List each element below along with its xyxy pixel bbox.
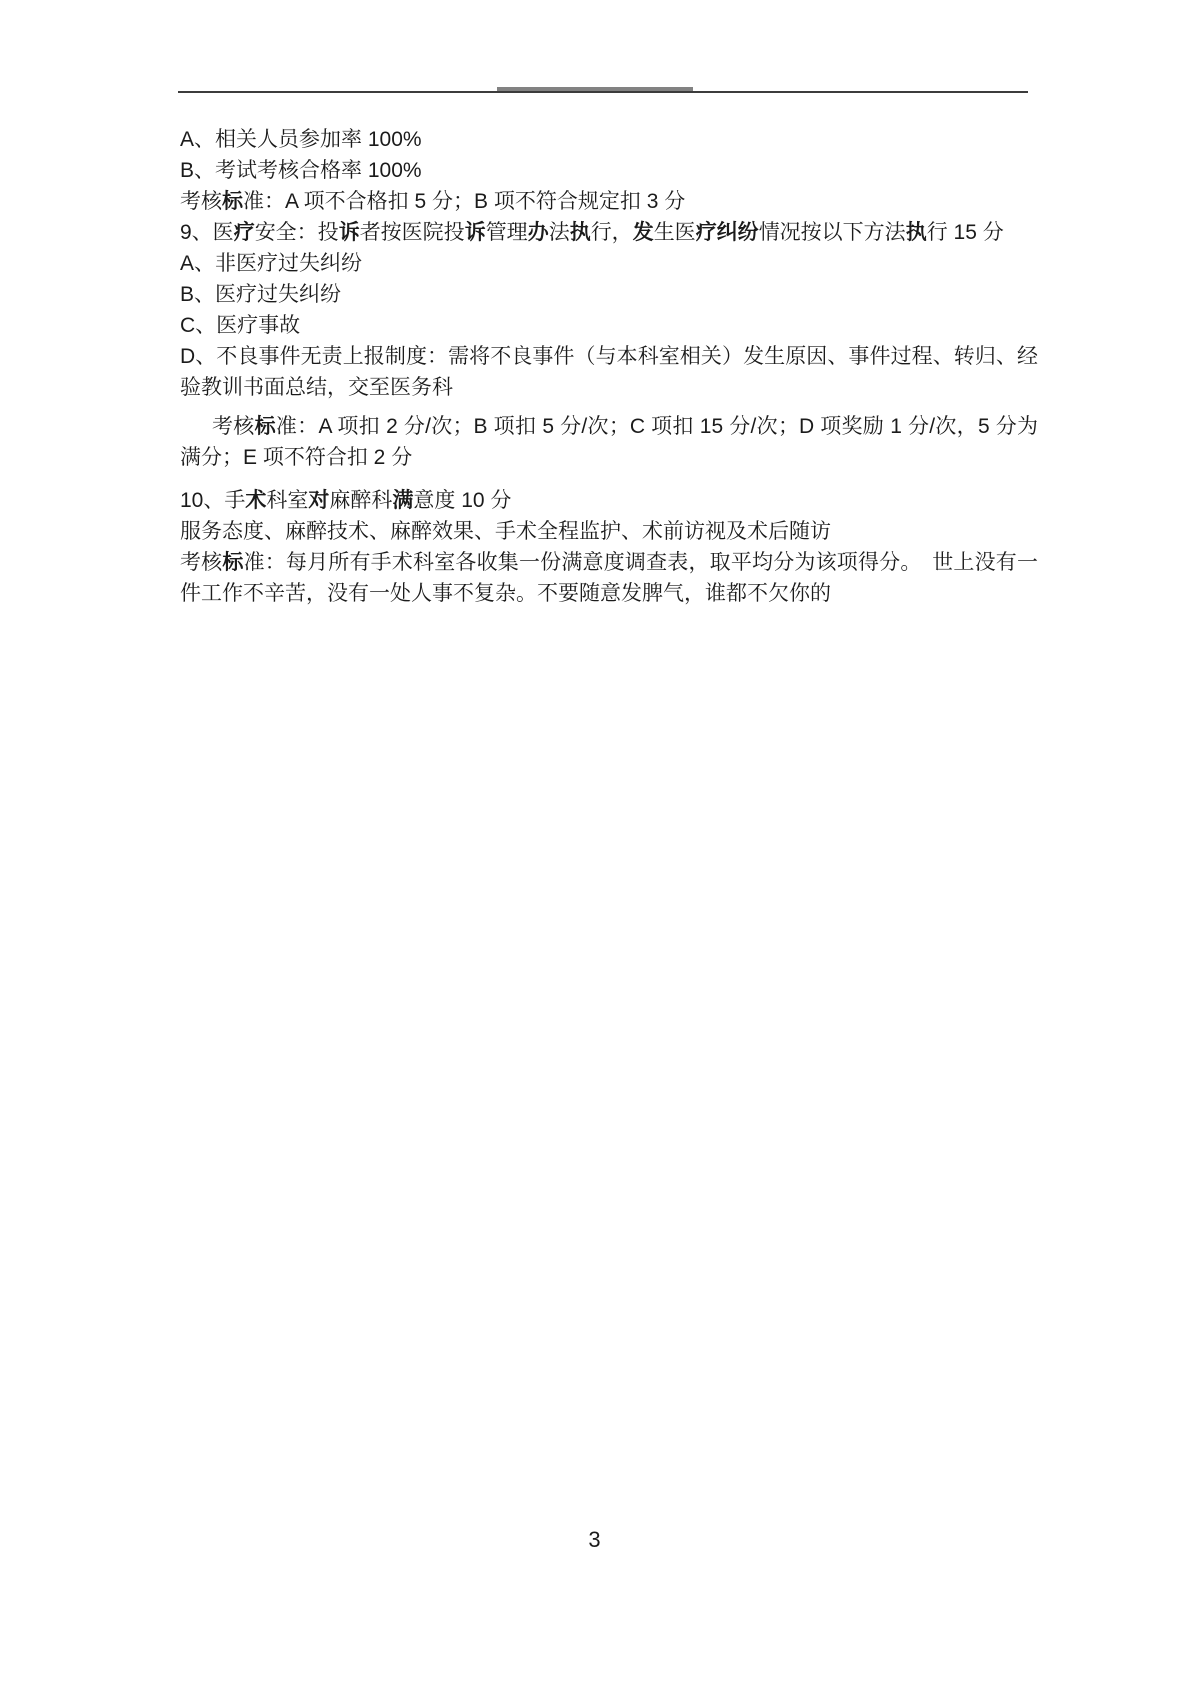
text-segment: 准：A 项扣 2 分/次；B 项扣 5 分/次；C 项扣 15 分/次；D 项奖… xyxy=(180,415,1038,469)
text-segment: 发 xyxy=(633,221,654,244)
item-9-medical-safety: 9、医疗安全：投诉者按医院投诉管理办法执行，发生医疗纠纷情况按以下方法执行 15… xyxy=(180,217,1038,248)
text-segment: 办 xyxy=(528,221,549,244)
item-10-satisfaction: 10、手术科室对麻醉科满意度 10 分 xyxy=(180,485,1038,516)
text-segment: B、考试考核合格率 100% xyxy=(180,159,422,182)
text-segment: 疗纠纷 xyxy=(696,221,759,244)
text-segment: 行， xyxy=(591,221,633,244)
text-segment: 标 xyxy=(222,190,243,213)
text-segment: 法 xyxy=(549,221,570,244)
header-rule xyxy=(178,91,1028,93)
document-page: A、相关人员参加率 100% B、考试考核合格率 100% 考核标准：A 项不合… xyxy=(0,0,1189,1682)
assessment-standard-10: 考核标准：每月所有手术科室各收集一份满意度调查表，取平均分为该项得分。 世上没有… xyxy=(180,547,1038,609)
item-9b-medical-fault: B、医疗过失纠纷 xyxy=(180,279,1038,310)
page-number: 3 xyxy=(588,1527,600,1552)
text-segment: 9、医 xyxy=(180,221,234,244)
text-segment: 管理 xyxy=(486,221,528,244)
text-segment: 安全：投 xyxy=(255,221,339,244)
text-segment: 诉 xyxy=(465,221,486,244)
text-segment: 10、手 xyxy=(180,489,245,512)
text-segment: 考核 xyxy=(180,551,222,574)
text-segment: 行 15 分 xyxy=(927,221,1004,244)
text-segment: 诉 xyxy=(339,221,360,244)
text-segment: 服务态度、麻醉技术、麻醉效果、手术全程监护、术前访视及术后随访 xyxy=(180,520,831,543)
item-9d-adverse-event-report: D、不良事件无责上报制度：需将不良事件（与本科室相关）发生原因、事件过程、转归、… xyxy=(180,341,1038,403)
page-footer: 3 xyxy=(0,1524,1189,1555)
item-8b-pass-rate: B、考试考核合格率 100% xyxy=(180,155,1038,186)
text-segment: 考核 xyxy=(180,190,222,213)
text-segment: 情况按以下方法 xyxy=(759,221,906,244)
item-10-aspects: 服务态度、麻醉技术、麻醉效果、手术全程监护、术前访视及术后随访 xyxy=(180,516,1038,547)
assessment-standard-8: 考核标准：A 项不合格扣 5 分；B 项不符合规定扣 3 分 xyxy=(180,186,1038,217)
item-9a-non-medical-fault: A、非医疗过失纠纷 xyxy=(180,248,1038,279)
text-segment: 执 xyxy=(906,221,927,244)
item-9c-medical-accident: C、医疗事故 xyxy=(180,310,1038,341)
text-segment: 意度 10 分 xyxy=(413,489,511,512)
text-segment: B、医疗过失纠纷 xyxy=(180,283,341,306)
assessment-standard-9: 考核标准：A 项扣 2 分/次；B 项扣 5 分/次；C 项扣 15 分/次；D… xyxy=(180,411,1038,473)
text-segment: 科室 xyxy=(266,489,308,512)
text-segment: 者按医院投 xyxy=(360,221,465,244)
text-segment: 麻醉科 xyxy=(329,489,392,512)
text-segment: C、医疗事故 xyxy=(180,314,300,337)
text-segment: 疗 xyxy=(234,221,255,244)
text-segment: A、相关人员参加率 100% xyxy=(180,128,422,151)
text-segment: 考核 xyxy=(212,415,255,438)
text-segment: A、非医疗过失纠纷 xyxy=(180,252,362,275)
text-segment: 满 xyxy=(392,489,413,512)
item-8a-participation-rate: A、相关人员参加率 100% xyxy=(180,124,1038,155)
header-rule-segment xyxy=(497,87,693,91)
document-body: A、相关人员参加率 100% B、考试考核合格率 100% 考核标准：A 项不合… xyxy=(180,124,1038,609)
text-segment: 对 xyxy=(308,489,329,512)
text-segment: 生医 xyxy=(654,221,696,244)
text-segment: D、不良事件无责上报制度：需将不良事件（与本科室相关）发生原因、事件过程、转归、… xyxy=(180,345,1038,399)
text-segment: 执 xyxy=(570,221,591,244)
text-segment: 术 xyxy=(245,489,266,512)
text-segment: 准：A 项不合格扣 5 分；B 项不符合规定扣 3 分 xyxy=(243,190,685,213)
text-segment: 标 xyxy=(222,551,243,574)
text-segment: 标 xyxy=(255,415,276,438)
text-segment: 准：每月所有手术科室各收集一份满意度调查表，取平均分为该项得分。 世上没有一件工… xyxy=(180,551,1038,605)
